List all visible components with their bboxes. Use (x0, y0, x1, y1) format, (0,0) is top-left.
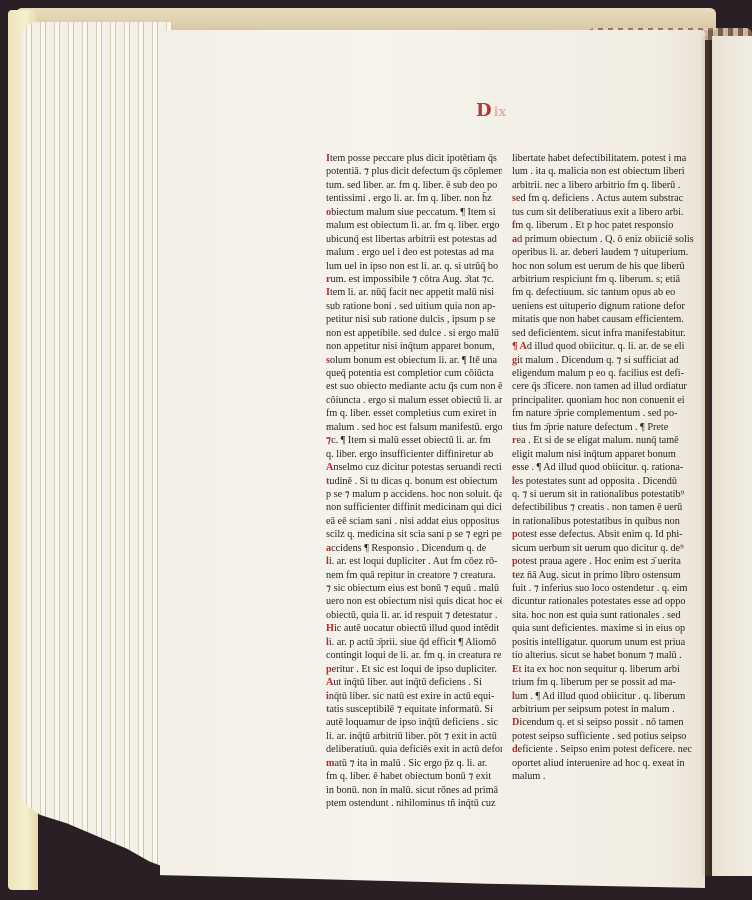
text-line: principaliter. quoniam hoc non conuenit … (512, 394, 700, 407)
line-text: ut inq̄tū liber. aut inq̄tū deficiens . … (333, 677, 482, 688)
text-line: malum . ergo uel i deo est potestas ad m… (326, 246, 502, 259)
line-text: fuit . ⁊ inferius suo loco ostendetur . … (512, 583, 687, 594)
line-text: ed fm q. deficiens . Actus autem substra… (516, 193, 683, 204)
line-text: in rationalibus potestatibus in quibus n… (512, 516, 680, 527)
text-line: sed fm q. deficiens . Actus autem substr… (512, 192, 700, 205)
text-line: potentiā. ⁊ plus dicit defectum q̄s cōpl… (326, 165, 502, 178)
text-line: sita. hoc non est quia sunt rationales .… (512, 609, 700, 622)
text-line: sed deficientem. sicut infra manifestabi… (512, 327, 700, 340)
line-text: autē loquamur de ipso inq̄tū deficiens .… (326, 717, 498, 728)
text-line: Anselmo cuz dicitur potestas seruandi re… (326, 461, 502, 474)
text-line: sub ratione boni . sed uitium quia non a… (326, 300, 502, 313)
text-line: est suo obiecto mediante actu q̄s cum no… (326, 380, 502, 393)
text-line: git malum . Dicendum q. ⁊ si sufficiat a… (512, 354, 700, 367)
text-line: hoc non solum est uerum de his que liber… (512, 260, 700, 273)
facing-recto-page-edge (712, 36, 752, 876)
text-line: q. ⁊ si uerum sit in rationalibus potest… (512, 488, 700, 501)
line-text: otest praua agere . Hoc enim est ɔ̄ ueri… (518, 556, 681, 567)
text-line: cōiuncta . ergo si malum esset obiectū l… (326, 394, 502, 407)
text-line: potest praua agere . Hoc enim est ɔ̄ uer… (512, 555, 700, 568)
line-text: principaliter. quoniam hoc non conuenit … (512, 395, 685, 406)
text-line: in rationalibus potestatibus in quibus n… (512, 515, 700, 528)
text-line: peritur . Et sic est loqui de ipso dupli… (326, 663, 502, 676)
line-text: quia sunt deficientes. maxime si in eius… (512, 623, 685, 634)
rubricated-initial: m (326, 758, 335, 769)
line-text: malum . ergo uel i deo est potestas ad m… (326, 247, 494, 258)
text-line: malum . (512, 770, 700, 783)
line-text: ueniens est uituperio dignum ratione def… (512, 301, 685, 312)
line-text: est suo obiecto mediante actu q̄s cum no… (326, 381, 502, 392)
line-text: obiectū, quia li. ar. id respuit ⁊ detes… (326, 610, 497, 621)
line-text: eritur . Et sic est loqui de ipso duplic… (332, 664, 497, 675)
text-line: accidens ¶ Responsio . Dicendum q. de (326, 542, 502, 555)
line-text: tum. sed liber. ar. fm q. liber. ē sub d… (326, 180, 497, 191)
text-line: Aut inq̄tū liber. aut inq̄tū deficiens .… (326, 676, 502, 689)
text-line: inq̄tū liber. sic natū est exire in actū… (326, 690, 502, 703)
text-line: eligendum malum p eo q. facilius est def… (512, 367, 700, 380)
text-line: les potestates sunt ad opposita . Dicend… (512, 475, 700, 488)
line-text: non est appetibile. sed dulce . si ergo … (326, 328, 499, 339)
text-line: rea . Et si de se eligat malum. nunq̄ ta… (512, 434, 700, 447)
text-line: fm nature ɔ̄prie complementum . sed po- (512, 407, 700, 420)
text-line: libertate habet defectibilitatem. potest… (512, 152, 700, 165)
line-text: tus cum sit deliberatiuus exit a libero … (512, 207, 683, 218)
text-line: li. ar. est loqui dupliciter . Aut fm cō… (326, 555, 502, 568)
text-line: defectibilibus ⁊ creatis . non tamen ē u… (512, 501, 700, 514)
line-text: udinē . Si tu dicas q. bonum est obiectu… (329, 476, 497, 487)
line-text: libertate habet defectibilitatem. potest… (512, 153, 686, 164)
line-text: positis intelligatur. quorum unum est pr… (512, 637, 685, 648)
text-line: arbitrii. nec a libero arbitrio fm q. li… (512, 179, 700, 192)
line-text: malum . sed hoc est falsum manifestū. er… (326, 422, 502, 433)
line-text: non sufficienter diffinit medicinam qui … (326, 502, 502, 513)
line-text: q. ⁊ si uerum sit in rationalibus potest… (512, 489, 684, 500)
line-text: icendum q. et si seipso possit . nō tame… (519, 717, 683, 728)
line-text: sicum uerbum sit uerum quo dicitur q. de… (512, 543, 684, 554)
text-line: deliberatiuū. quia deficiēs exit in actū… (326, 743, 502, 756)
text-line: cere q̄s ɔ̄ficere. non tamen ad illud or… (512, 380, 700, 393)
line-text: fm q. liber. ē habet obiectum bonū ⁊ exi… (326, 771, 491, 782)
line-text: queq̄ potentia est completior cum cōiūct… (326, 368, 494, 379)
line-text: olum bonum est obiectum li. ar. ¶ Itē un… (330, 355, 497, 366)
text-line: ad primum obiectum . Q. ō eniz obiiciē s… (512, 233, 700, 246)
line-text: tem posse peccare plus dicit ipotētiam q… (330, 153, 497, 164)
line-text: i. ar. est loqui dupliciter . Aut fm cōe… (329, 556, 498, 567)
text-line: obiectū, quia li. ar. id respuit ⁊ detes… (326, 609, 502, 622)
stacked-page-edges (22, 22, 172, 870)
text-line: trium fm q. liberum per se possit ad ma- (512, 676, 700, 689)
line-text: potentiā. ⁊ plus dicit defectum q̄s cōpl… (326, 166, 502, 177)
line-text: cōiuncta . ergo si malum esset obiectū l… (326, 395, 502, 406)
text-line: Et ita ex hoc non sequitur q. liberum ar… (512, 663, 700, 676)
text-line: in bonū. non in malū. sicut rōnes ad pri… (326, 784, 502, 797)
line-text: fm nature ɔ̄prie complementum . sed po- (512, 408, 678, 419)
line-text: scilz q. medicina sit scia sani p se ⁊ e… (326, 529, 502, 540)
text-line: ¶ Ad illud quod obiicitur. q. li. ar. de… (512, 340, 700, 353)
line-text: arbitrium respiciunt fm q. liberum. s; e… (512, 274, 680, 285)
text-line: mitatis que non habet causam efficientem… (512, 313, 700, 326)
line-text: sed deficientem. sicut infra manifestabi… (512, 328, 686, 339)
text-column-left: Item posse peccare plus dicit ipotētiam … (326, 152, 502, 810)
text-line: fm q. liber. esset completius cum exiret… (326, 407, 502, 420)
line-text: in bonū. non in malū. sicut rōnes ad pri… (326, 785, 498, 796)
rubricated-initial: H (326, 623, 334, 634)
line-text: nselmo cuz dicitur potestas seruandi rec… (333, 462, 501, 473)
text-line: arbitrium respiciunt fm q. liberum. s; e… (512, 273, 700, 286)
line-text: deliberatiuū. quia deficiēs exit in actū… (326, 744, 502, 755)
line-text: malum est obiectum li. ar. fm q. liber. … (326, 220, 500, 231)
text-line: potest seipso sufficiente . sed potius s… (512, 730, 700, 743)
line-text: ubicunq̄ est libertas arbitrii est potes… (326, 234, 497, 245)
text-column-right: libertate habet defectibilitatem. potest… (512, 152, 700, 784)
text-line: fm q. defectiuum. sic tantum opus ab eo (512, 286, 700, 299)
line-text: ez n̄ā Aug. sicut in primo libro ostensu… (515, 570, 680, 581)
text-line: solum bonum est obiectum li. ar. ¶ Itē u… (326, 354, 502, 367)
text-line: li. ar. p actū ɔ̄prii. siue q̄d efficit … (326, 636, 502, 649)
text-line: Item li. ar. nūq̄ facit nec appetit malū… (326, 286, 502, 299)
text-line: oportet aliud interuenire ad hoc q. exea… (512, 757, 700, 770)
line-text: trium fm q. liberum per se possit ad ma- (512, 677, 676, 688)
text-line: tio alterius. sicut se habet bonum ⁊ mal… (512, 649, 700, 662)
line-text: lum uel in ipso non est li. ar. q. si ut… (326, 261, 498, 272)
rubricated-initial: ¶ A (512, 341, 527, 352)
text-line: lum . ita q. malicia non est obiectum li… (512, 165, 700, 178)
line-text: hoc non solum est uerum de his que liber… (512, 261, 685, 272)
text-line: tentissimi . ergo li. ar. fm q. liber. n… (326, 192, 502, 205)
line-text: t ita ex hoc non sequitur q. liberum arb… (519, 664, 680, 675)
text-line: fuit . ⁊ inferius suo loco ostendetur . … (512, 582, 700, 595)
line-text: defectibilibus ⁊ creatis . non tamen ē u… (512, 502, 682, 513)
text-line: eā eē sciam sani . nisi addat eius oppos… (326, 515, 502, 528)
folio-numeral: ix (494, 105, 507, 120)
line-text: eficiente . Seipso enim potest deficere.… (518, 744, 692, 755)
text-line: rum. est impossibile ⁊ cōtra Aug. ɔ̄tat … (326, 273, 502, 286)
line-text: sse . ¶ Ad illud quod obiicitur. q. rati… (517, 462, 684, 473)
text-line: lum uel in ipso non est li. ar. q. si ut… (326, 260, 502, 273)
text-line: sicum uerbum sit uerum quo dicitur q. de… (512, 542, 700, 555)
line-text: nq̄tū liber. sic natū est exire in actū … (329, 691, 495, 702)
line-text: potest seipso sufficiente . sed potius s… (512, 731, 686, 742)
line-text: tio alterius. sicut se habet bonum ⁊ mal… (512, 650, 682, 661)
text-line: Dicendum q. et si seipso possit . nō tam… (512, 716, 700, 729)
line-text: fm q. liber. esset completius cum exiret… (326, 408, 497, 419)
line-text: petitur nisi sub ratione dulcis , ipsum … (326, 314, 496, 325)
line-text: li. ar. inq̄tū arbitriū liber. pōt ⁊ exi… (326, 731, 497, 742)
text-line: malum . sed hoc est falsum manifestū. er… (326, 421, 502, 434)
line-text: otest esse defectus. Absit enim q. Id ph… (518, 529, 683, 540)
text-line: Item posse peccare plus dicit ipotētiam … (326, 152, 502, 165)
text-line: li. ar. inq̄tū arbitriū liber. pōt ⁊ exi… (326, 730, 502, 743)
line-text: ⁊ sic obiectum eius est bonū ⁊ equū . ma… (326, 583, 499, 594)
line-text: non appetitur nisi inq̄tum apparet bonum… (326, 341, 495, 352)
text-line: non sufficienter diffinit medicinam qui … (326, 501, 502, 514)
text-line: tius fm ɔ̄prie nature defectum . ¶ Prete (512, 421, 700, 434)
line-text: q. liber. ergo insufficienter diffiniret… (326, 449, 493, 460)
line-text: um. est impossibile ⁊ cōtra Aug. ɔ̄tat ⁊… (331, 274, 494, 285)
line-text: es potestates sunt ad opposita . Dicendū (515, 476, 677, 487)
text-line: q. liber. ergo insufficienter diffiniret… (326, 448, 502, 461)
text-line: matū ⁊ ita in malū . Sic ergo p̄z q. li.… (326, 757, 502, 770)
text-line: scilz q. medicina sit scia sani p se ⁊ e… (326, 528, 502, 541)
line-text: i. ar. p actū ɔ̄prii. siue q̄d efficit ¶… (329, 637, 496, 648)
line-text: contingit loqui de li. ar. fm q. in crea… (326, 650, 501, 661)
text-line: tudinē . Si tu dicas q. bonum est obiect… (326, 475, 502, 488)
text-line: deficiente . Seipso enim potest deficere… (512, 743, 700, 756)
line-text: um . ¶ Ad illud quod obiicitur . q. libe… (515, 691, 685, 702)
line-text: tem li. ar. nūq̄ facit nec appetit malū … (330, 287, 494, 298)
text-line: malum est obiectum li. ar. fm q. liber. … (326, 219, 502, 232)
text-line: petitur nisi sub ratione dulcis , ipsum … (326, 313, 502, 326)
text-line: queq̄ potentia est completior cum cōiūct… (326, 367, 502, 380)
line-text: atis susceptibilē ⁊ equitate informatū. … (329, 704, 493, 715)
line-text: ea . Et si de se eligat malum. nunq̄ tam… (517, 435, 679, 446)
line-text: ptem ostendunt . nihilominus tñ inq̄tū c… (326, 798, 496, 809)
text-line: ⁊c. ¶ Item si malū esset obiectū li. ar.… (326, 434, 502, 447)
line-text: tentissimi . ergo li. ar. fm q. liber. n… (326, 193, 492, 204)
text-line: esse . ¶ Ad illud quod obiicitur. q. rat… (512, 461, 700, 474)
line-text: cere q̄s ɔ̄ficere. non tamen ad illud or… (512, 381, 687, 392)
line-text: nem fm quā repitur in creatore ⁊ creatur… (326, 570, 496, 581)
line-text: malum . (512, 771, 545, 782)
text-line: tum. sed liber. ar. fm q. liber. ē sub d… (326, 179, 502, 192)
folio-letter: D (476, 100, 492, 121)
text-line: eligit malum nisi inq̄tum apparet bonum (512, 448, 700, 461)
text-line: lum . ¶ Ad illud quod obiicitur . q. lib… (512, 690, 700, 703)
text-line: fm q. liber. ē habet obiectum bonū ⁊ exi… (326, 770, 502, 783)
line-text: m q. liberum . Et p hoc patet responsio (515, 220, 673, 231)
line-text: mitatis que non habet causam efficientem… (512, 314, 684, 325)
line-text: eā eē sciam sani . nisi addat eius oppos… (326, 516, 499, 527)
text-line: potest esse defectus. Absit enim q. Id p… (512, 528, 700, 541)
text-line: autē loquamur de ipso inq̄tū deficiens .… (326, 716, 502, 729)
text-line: tez n̄ā Aug. sicut in primo libro ostens… (512, 569, 700, 582)
text-line: nem fm quā repitur in creatore ⁊ creatur… (326, 569, 502, 582)
text-line: Hic autē uocatur obiectū illud quod intē… (326, 622, 502, 635)
line-text: sita. hoc non est quia sunt rationales .… (512, 610, 681, 621)
line-text: eligit malum nisi inq̄tum apparet bonum (512, 449, 676, 460)
text-line: non est appetibile. sed dulce . si ergo … (326, 327, 502, 340)
line-text: it malum . Dicendum q. ⁊ si sufficiat ad (517, 355, 679, 366)
text-line: operibus li. ar. deberi laudem ⁊ uituper… (512, 246, 700, 259)
line-text: arbitrii. nec a libero arbitrio fm q. li… (512, 180, 680, 191)
text-line: ueniens est uituperio dignum ratione def… (512, 300, 700, 313)
line-text: d illud quod obiicitur. q. li. ar. de se… (527, 341, 685, 352)
line-text: uero non est obiectum nisi quis dicat ho… (326, 596, 502, 607)
line-text: atū ⁊ ita in malū . Sic ergo p̄z q. li. … (335, 758, 488, 769)
line-text: oportet aliud interuenire ad hoc q. exea… (512, 758, 685, 769)
folio-number: Dix (476, 100, 506, 121)
line-text: dicuntur rationales potestates esse ad o… (512, 596, 685, 607)
line-text: fm q. defectiuum. sic tantum opus ab eo (512, 287, 675, 298)
text-line: dicuntur rationales potestates esse ad o… (512, 595, 700, 608)
text-line: uero non est obiectum nisi quis dicat ho… (326, 595, 502, 608)
line-text: c. ¶ Item si malū esset obiectū li. ar. … (331, 435, 491, 446)
text-line: p se ⁊ malum p accidens. hoc non soluit.… (326, 488, 502, 501)
line-text: lum . ita q. malicia non est obiectum li… (512, 166, 685, 177)
text-line: quia sunt deficientes. maxime si in eius… (512, 622, 700, 635)
text-line: ptem ostendunt . nihilominus tñ inq̄tū c… (326, 797, 502, 810)
line-text: ccidens ¶ Responsio . Dicendum q. de (331, 543, 486, 554)
text-line: ⁊ sic obiectum eius est bonū ⁊ equū . ma… (326, 582, 502, 595)
line-text: biectum malum siue peccatum. ¶ Item si (331, 207, 495, 218)
line-text: ius fm ɔ̄prie nature defectum . ¶ Prete (515, 422, 668, 433)
text-line: tus cum sit deliberatiuus exit a libero … (512, 206, 700, 219)
line-text: arbitrium per seipsum potest in malum . (512, 704, 675, 715)
line-text: eligendum malum p eo q. facilius est def… (512, 368, 684, 379)
text-line: arbitrium per seipsum potest in malum . (512, 703, 700, 716)
line-text: operibus li. ar. deberi laudem ⁊ uituper… (512, 247, 688, 258)
line-text: d primum obiectum . Q. ō eniz obiiciē so… (517, 234, 694, 245)
text-line: obiectum malum siue peccatum. ¶ Item si (326, 206, 502, 219)
gutter-shadow (700, 36, 714, 876)
line-text: p se ⁊ malum p accidens. hoc non soluit.… (326, 489, 502, 500)
text-line: fm q. liberum . Et p hoc patet responsio (512, 219, 700, 232)
text-line: tatis susceptibilē ⁊ equitate informatū.… (326, 703, 502, 716)
line-text: sub ratione boni . sed uitium quia non a… (326, 301, 495, 312)
text-line: positis intelligatur. quorum unum est pr… (512, 636, 700, 649)
text-line: non appetitur nisi inq̄tum apparet bonum… (326, 340, 502, 353)
rubricated-initial: E (512, 664, 519, 675)
line-text: ic autē uocatur obiectū illud quod intēd… (334, 623, 499, 634)
text-line: contingit loqui de li. ar. fm q. in crea… (326, 649, 502, 662)
text-line: ubicunq̄ est libertas arbitrii est potes… (326, 233, 502, 246)
book-photograph: Dix Item posse peccare plus dicit ipotēt… (0, 0, 752, 900)
